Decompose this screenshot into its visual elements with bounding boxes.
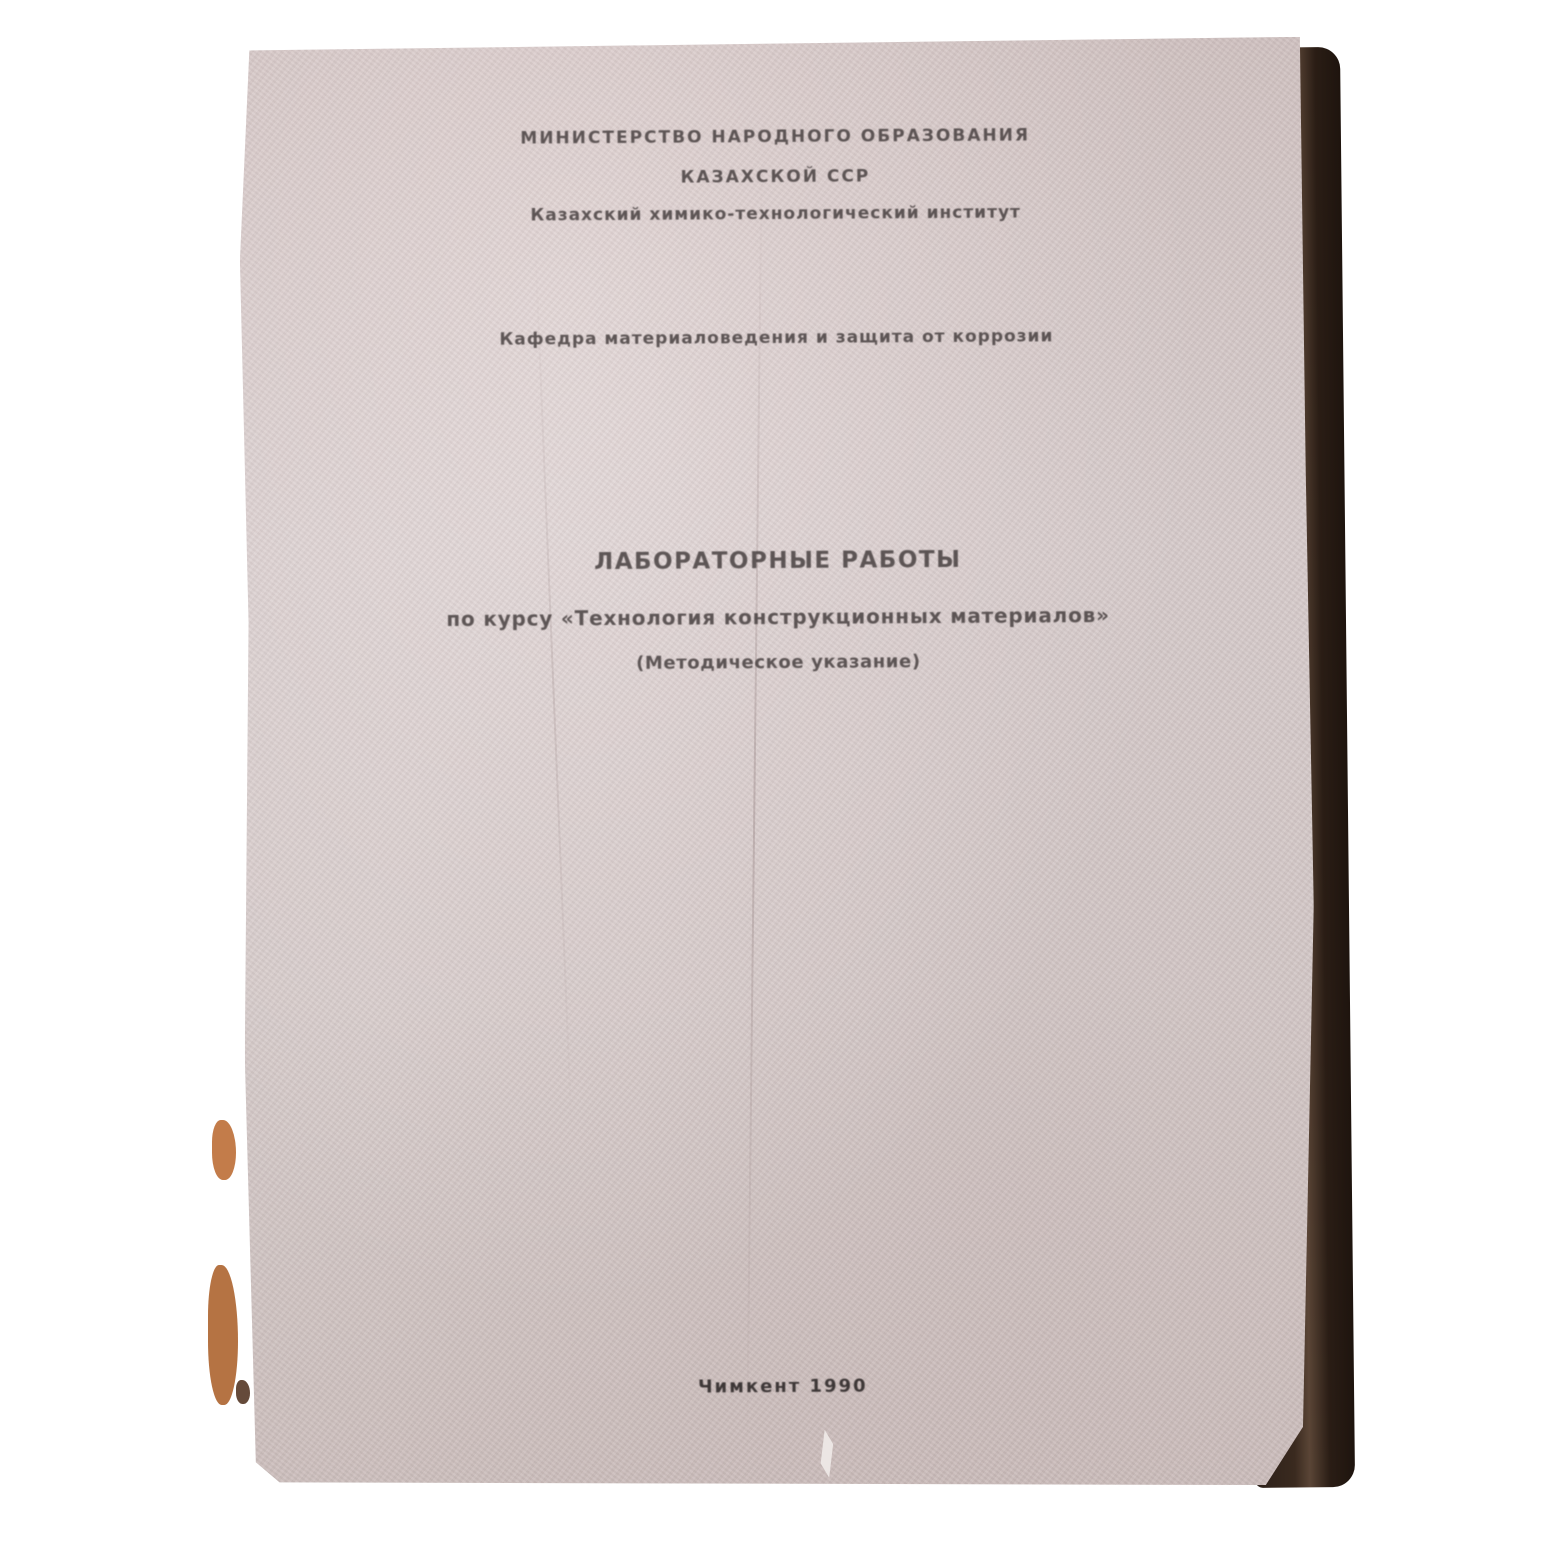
imprint-city-year: Чимкент 1990 (247, 1373, 1319, 1401)
department-line: Кафедра материаловедения и защита от кор… (240, 325, 1312, 352)
ministry-line: МИНИСТЕРСТВО НАРОДНОГО ОБРАЗОВАНИЯ (239, 115, 1311, 160)
rust-stain (236, 1380, 250, 1404)
photo-scene: МИНИСТЕРСТВО НАРОДНОГО ОБРАЗОВАНИЯ КАЗАХ… (0, 0, 1556, 1556)
course-subtitle: по курсу «Технология конструкционных мат… (242, 602, 1314, 633)
cover-crease (746, 160, 763, 1460)
paper-tear (819, 1430, 833, 1478)
rust-stain (212, 1120, 236, 1180)
institute-line: Казахский химико-технологический институ… (240, 192, 1312, 237)
booklet-cover: МИНИСТЕРСТВО НАРОДНОГО ОБРАЗОВАНИЯ КАЗАХ… (239, 37, 1320, 1492)
document-title: ЛАБОРАТОРНЫЕ РАБОТЫ (242, 545, 1314, 578)
document-type-note: (Методическое указание) (242, 649, 1314, 677)
cover-crease (534, 242, 573, 1141)
rust-stain (208, 1265, 238, 1405)
